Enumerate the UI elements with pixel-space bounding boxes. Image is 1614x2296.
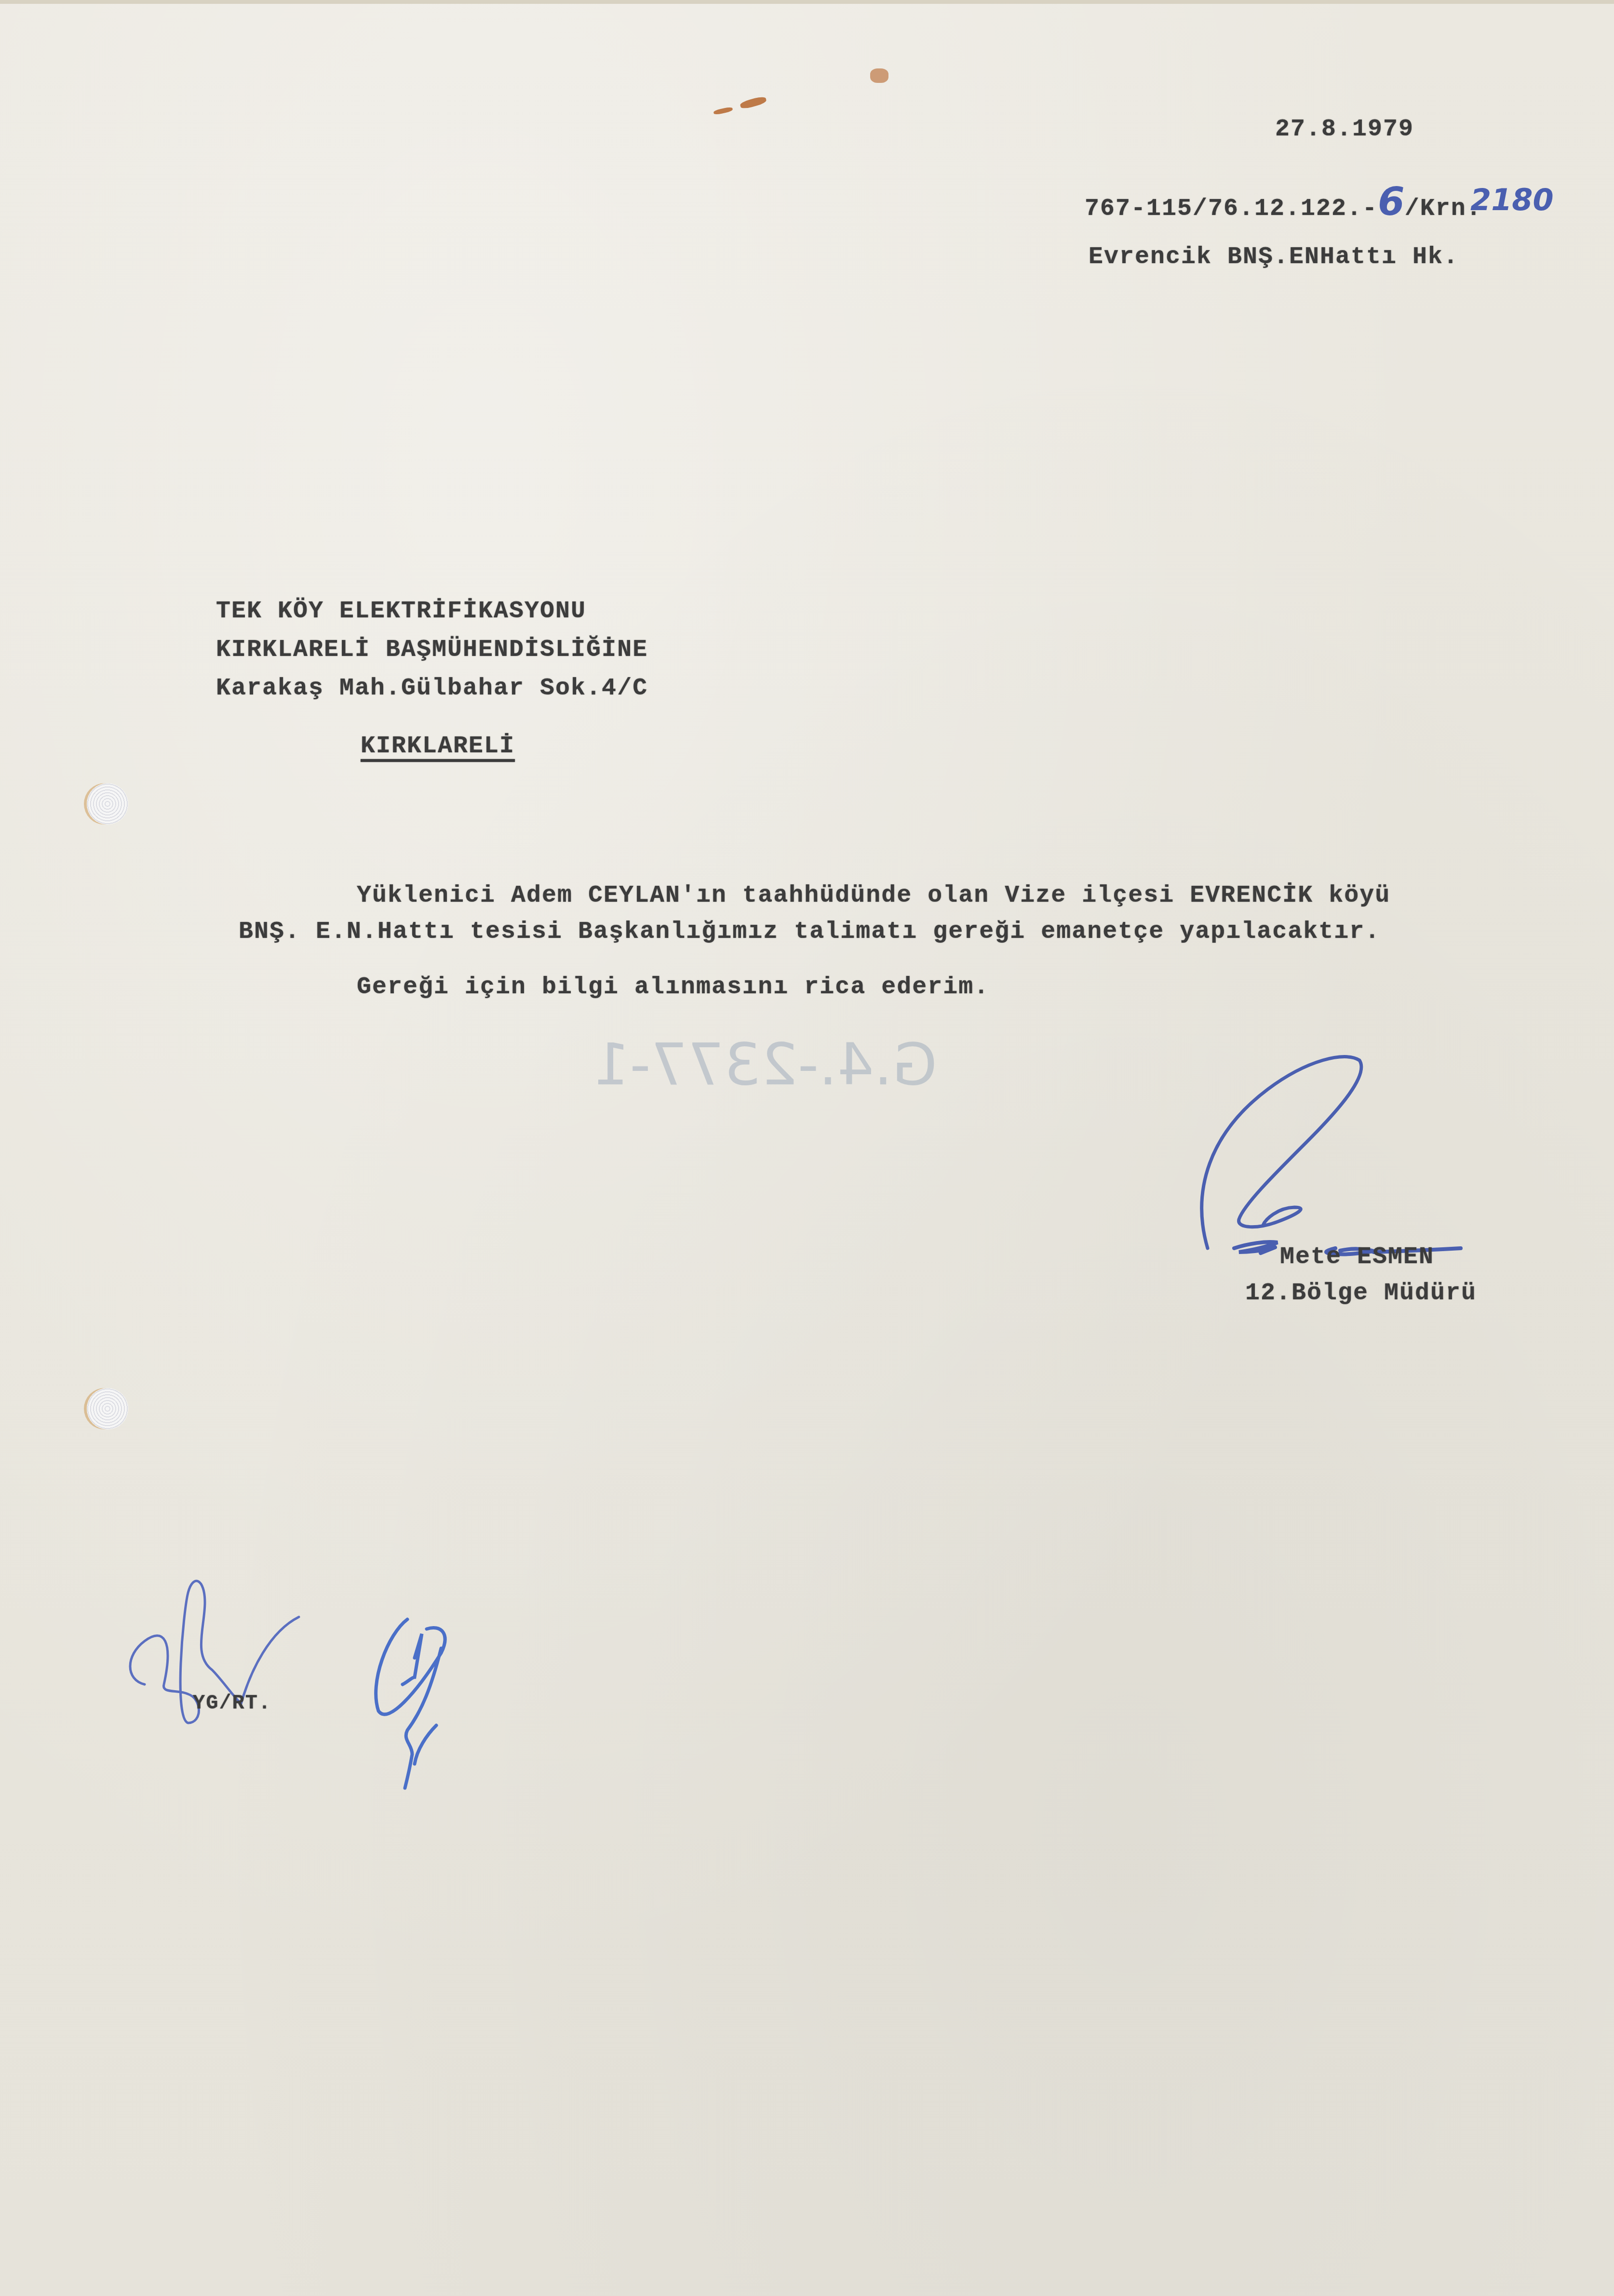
initials-code: YG/RT. bbox=[193, 1692, 271, 1715]
body-paragraph-1-line-2: BNŞ. E.N.Hattı tesisi Başkanlığımız tali… bbox=[239, 918, 1380, 946]
paraph-right bbox=[369, 1605, 475, 1788]
paper-top-edge bbox=[0, 0, 1614, 4]
rust-stain bbox=[713, 107, 733, 115]
reference-number: 767-115/76.12.122.-6/Krn. bbox=[1085, 179, 1482, 224]
signatory-title: 12.Bölge Müdürü bbox=[1245, 1280, 1477, 1307]
recipient-line-2: KIRKLARELİ BAŞMÜHENDİSLİĞİNE bbox=[216, 636, 648, 664]
document-page: 27.8.1979 767-115/76.12.122.-6/Krn. 2180… bbox=[0, 0, 1614, 2296]
punch-hole bbox=[87, 1388, 128, 1429]
reference-typed-prefix: 767-115/76.12.122.- bbox=[1085, 195, 1378, 223]
rust-stain bbox=[740, 95, 767, 110]
document-date: 27.8.1979 bbox=[1275, 116, 1414, 143]
recipient-line-1: TEK KÖY ELEKTRİFİKASYONU bbox=[216, 598, 586, 625]
signatory-name: Mete ESMEN bbox=[1280, 1243, 1434, 1271]
body-paragraph-2: Gereği için bilgi alınmasını rica ederim… bbox=[357, 974, 989, 1001]
reference-handwritten-number: 6 bbox=[1378, 179, 1405, 224]
show-through-annotation: G.4.-2377-1 bbox=[593, 1031, 937, 1098]
recipient-line-3: Karakaş Mah.Gülbahar Sok.4/C bbox=[216, 675, 648, 702]
body-paragraph-1-line-1: Yüklenici Adem CEYLAN'ın taahhüdünde ola… bbox=[357, 882, 1390, 909]
punch-hole bbox=[87, 783, 128, 825]
rust-stain bbox=[870, 68, 888, 83]
handwritten-register-number: 2180 bbox=[1470, 182, 1554, 217]
subject-line: Evrencik BNŞ.ENHattı Hk. bbox=[1089, 243, 1459, 271]
recipient-city: KIRKLARELİ bbox=[361, 733, 515, 760]
